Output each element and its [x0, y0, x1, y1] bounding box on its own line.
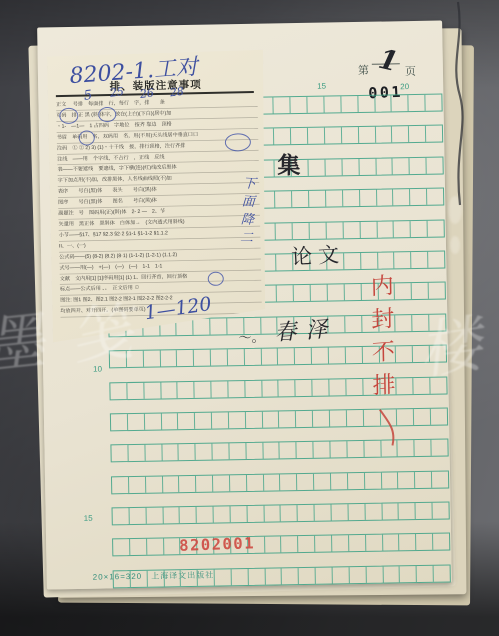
grid-cell	[349, 535, 366, 551]
serial-number-stamp: 8202001	[179, 534, 255, 555]
grid-cell	[366, 535, 383, 551]
concrete-crack	[428, 0, 498, 210]
grid-cell	[297, 442, 314, 458]
grid-cell	[144, 382, 161, 398]
grid-cell	[308, 97, 325, 113]
grid-cell	[345, 316, 362, 332]
grid-cell	[393, 189, 410, 205]
grid-cell	[262, 380, 279, 396]
grid-cell	[325, 128, 342, 144]
grid-cell	[347, 441, 364, 457]
grid-cell	[395, 283, 412, 299]
grid-cell	[393, 158, 410, 174]
grid-cell	[193, 318, 210, 334]
grid-cell	[179, 476, 196, 492]
grid-cell	[341, 96, 358, 112]
grid-cell	[432, 471, 448, 487]
grid-cell	[213, 475, 230, 491]
grid-cell	[274, 129, 291, 145]
grid-cell	[342, 127, 359, 143]
grid-cell	[111, 414, 128, 430]
grid-cell	[413, 346, 430, 362]
grid-cell	[113, 540, 130, 556]
grid-cell	[146, 476, 163, 492]
slip-form-rows: 正文 号排 每面排 行，每行 字，排 条页码 排 正 黑 (斜)体字，放在(上白…	[56, 96, 262, 318]
grid-cell	[129, 476, 146, 492]
grid-cell	[376, 158, 393, 174]
grid-cell	[331, 504, 348, 520]
typesetting-slip: 8202-1.工对 排、装版注意事项 正文 号排 每面排 行，每行 字，排 条页…	[47, 50, 269, 342]
grid-cell	[344, 284, 361, 300]
grid-cell	[195, 412, 212, 428]
pen-number-3: 26	[139, 86, 155, 101]
grid-cell	[279, 380, 296, 396]
grid-cell	[344, 253, 361, 269]
grid-cell	[313, 410, 330, 426]
photo-background: 第 1 页 001 15 20 10 15 集 论文 ～。 春泽 内封不排 82…	[0, 0, 499, 636]
column-marker-15: 15	[317, 82, 326, 91]
grid-cell	[194, 350, 211, 366]
grid-cell	[161, 413, 178, 429]
grid-cell	[261, 349, 278, 365]
grid-cell	[430, 346, 446, 362]
grid-cell	[264, 474, 281, 490]
grid-cell	[245, 380, 262, 396]
grid-cell	[383, 566, 400, 582]
grid-cell	[299, 568, 316, 584]
grid-cell	[247, 474, 264, 490]
grid-cell	[280, 474, 297, 490]
grid-cell	[381, 472, 398, 488]
grid-cell	[312, 348, 329, 364]
grid-cell	[383, 535, 400, 551]
grid-cell	[327, 222, 344, 238]
grid-cell	[265, 568, 282, 584]
grid-cell	[277, 285, 294, 301]
grid-cell	[281, 537, 298, 553]
grid-cell	[281, 505, 298, 521]
grid-cell	[196, 444, 213, 460]
row-marker-10: 10	[93, 364, 102, 373]
grid-cell	[396, 315, 413, 331]
grid-cell	[163, 507, 180, 523]
grid-cell	[314, 473, 331, 489]
grid-cell	[265, 537, 282, 553]
grid-cell	[311, 285, 328, 301]
grid-cell	[298, 505, 315, 521]
grid-cell	[325, 159, 342, 175]
grid-cell	[361, 253, 378, 269]
grid-cell	[278, 348, 295, 364]
red-flourish	[374, 407, 405, 448]
side-note-vertical: 下面降二	[235, 176, 257, 249]
grid-cell	[228, 349, 245, 365]
grid-cell	[433, 503, 449, 519]
handwritten-body-fragment: 论文	[290, 238, 345, 271]
grid-cell	[415, 440, 432, 456]
grid-cell	[230, 506, 247, 522]
pen-number-4: 28	[169, 85, 185, 100]
grid-cell	[160, 350, 177, 366]
grid-cell	[145, 413, 162, 429]
row-marker-15: 15	[84, 514, 93, 523]
grid-cell	[348, 504, 365, 520]
grid-cell	[262, 411, 279, 427]
grid-cell	[377, 221, 394, 237]
grid-cell	[297, 473, 314, 489]
grid-cell	[333, 567, 350, 583]
grid-cell	[358, 96, 375, 112]
grid-cell	[392, 95, 409, 111]
grid-cell	[412, 283, 429, 299]
grid-cell	[433, 534, 449, 550]
grid-cell	[211, 349, 228, 365]
grid-cell	[414, 409, 431, 425]
grid-cell	[294, 285, 311, 301]
grid-cell	[229, 443, 246, 459]
grid-cell	[161, 382, 178, 398]
grid-cell	[342, 159, 359, 175]
grid-cell	[312, 379, 329, 395]
grid-cell	[180, 507, 197, 523]
page-number-prefix: 第	[358, 62, 370, 78]
grid-cell	[329, 347, 346, 363]
grid-cell	[359, 127, 376, 143]
grid-cell	[177, 350, 194, 366]
grid-cell	[330, 442, 347, 458]
grid-cell	[375, 127, 392, 143]
grid-cell	[310, 222, 327, 238]
grid-cell	[343, 222, 360, 238]
grid-cell	[413, 377, 430, 393]
grid-cell	[212, 444, 229, 460]
grid-cell	[431, 440, 447, 456]
grid-cell	[315, 505, 332, 521]
grid-cell	[366, 566, 383, 582]
grid-cell	[276, 223, 293, 239]
grid-cell	[309, 159, 326, 175]
grid-cell	[296, 379, 313, 395]
grid-cell	[308, 128, 325, 144]
grid-cell	[196, 475, 213, 491]
grid-cell	[430, 377, 446, 393]
grid-cell	[246, 443, 263, 459]
grid-cell	[309, 191, 326, 207]
grid-cell	[399, 535, 416, 551]
grid-cell	[377, 190, 394, 206]
grid-cell	[280, 442, 297, 458]
grid-cell	[195, 381, 212, 397]
grid-cell	[291, 97, 308, 113]
grid-cell	[331, 473, 348, 489]
grid-cell	[431, 408, 447, 424]
grid-cell	[315, 536, 332, 552]
grid-cell	[274, 97, 291, 113]
grid-cell	[410, 158, 427, 174]
grid-cell	[127, 382, 144, 398]
grid-cell	[409, 95, 426, 111]
grid-cell	[314, 442, 331, 458]
grid-cell	[428, 220, 444, 236]
grid-cell	[382, 503, 399, 519]
grid-cell	[332, 536, 349, 552]
grid-cell	[343, 190, 360, 206]
grid-cell	[359, 158, 376, 174]
grid-cell	[295, 348, 312, 364]
grid-cell	[145, 445, 162, 461]
grid-cell	[429, 283, 445, 299]
grid-cell	[360, 190, 377, 206]
grid-cell	[392, 126, 409, 142]
grid-cell	[291, 128, 308, 144]
grid-row	[112, 533, 450, 557]
grid-cell	[247, 506, 264, 522]
grid-cell	[179, 444, 196, 460]
grid-cell	[275, 191, 292, 207]
grid-cell	[416, 534, 433, 550]
grid-cell	[412, 315, 429, 331]
grid-cell	[330, 410, 347, 426]
grid-cell	[112, 477, 129, 493]
grid-cell	[346, 378, 363, 394]
grid-cell	[429, 314, 445, 330]
grid-cell	[143, 351, 160, 367]
grid-cell	[394, 252, 411, 268]
handwritten-title-fragment: 集	[277, 147, 301, 180]
page-number-suffix: 页	[405, 63, 417, 79]
grid-cell	[210, 318, 227, 334]
grid-cell	[398, 472, 415, 488]
grid-cell	[324, 96, 341, 112]
grid-cell	[212, 412, 229, 428]
grid-cell	[279, 411, 296, 427]
grid-cell	[329, 379, 346, 395]
grid-cell	[397, 378, 414, 394]
grid-cell	[326, 190, 343, 206]
grid-cell	[110, 383, 127, 399]
grid-cell	[434, 565, 450, 581]
grid-cell	[147, 539, 164, 555]
handwritten-name: 春泽	[273, 312, 337, 347]
grid-cell	[292, 191, 309, 207]
grid-cell	[130, 539, 147, 555]
grid-cell	[127, 351, 144, 367]
grid-cell	[365, 472, 382, 488]
grid-cell	[245, 349, 262, 365]
grid-cell	[178, 413, 195, 429]
grid-cell	[246, 412, 263, 428]
grid-cell	[282, 568, 299, 584]
grid-cell	[375, 95, 392, 111]
paper-scuff	[450, 236, 460, 254]
grid-cell	[409, 126, 426, 142]
grid-cell	[411, 220, 428, 236]
grid-cell	[399, 503, 416, 519]
handwritten-page-number: 1	[376, 44, 401, 78]
grid-cell	[215, 569, 232, 585]
grid-cell	[111, 445, 128, 461]
grid-cell	[378, 252, 395, 268]
grid-cell	[146, 508, 163, 524]
grid-cell	[400, 566, 417, 582]
grid-cell	[417, 566, 434, 582]
grid-cell	[293, 222, 310, 238]
grid-cell	[396, 346, 413, 362]
grid-cell	[248, 569, 265, 585]
grid-cell	[296, 411, 313, 427]
grid-cell	[347, 410, 364, 426]
grid-cell	[197, 507, 214, 523]
grid-cell	[214, 506, 231, 522]
grid-cell	[428, 251, 444, 267]
column-marker-20: 20	[400, 82, 409, 91]
pen-number-1: 5	[83, 88, 93, 104]
grid-cell	[411, 252, 428, 268]
grid-cell	[346, 347, 363, 363]
grid-cell	[264, 505, 281, 521]
grid-cell	[316, 567, 333, 583]
page-footer: 20×16=320 上海译文出版社	[93, 570, 215, 583]
grid-cell	[128, 414, 145, 430]
grid-cell	[129, 508, 146, 524]
grid-cell	[410, 189, 427, 205]
grid-cell	[348, 473, 365, 489]
grid-cell	[328, 285, 345, 301]
pen-number-2: 25	[109, 85, 125, 100]
grid-cell	[416, 503, 433, 519]
grid-cell	[229, 412, 246, 428]
grid-row	[111, 470, 449, 494]
grid-cell	[349, 567, 366, 583]
grid-cell	[394, 221, 411, 237]
grid-cell	[263, 443, 280, 459]
grid-cell	[211, 381, 228, 397]
grid-cell	[162, 444, 179, 460]
grid-cell	[178, 381, 195, 397]
grid-cell	[228, 381, 245, 397]
grid-cell	[113, 508, 130, 524]
grid-row	[112, 502, 450, 526]
grid-cell	[415, 471, 432, 487]
grid-cell	[298, 536, 315, 552]
grid-cell	[232, 569, 249, 585]
red-note-vertical: 内封不排	[363, 272, 398, 406]
grid-cell	[163, 476, 180, 492]
grid-cell	[360, 221, 377, 237]
grid-cell	[110, 351, 127, 367]
handwritten-name-lead: ～。	[238, 327, 264, 346]
grid-cell	[128, 445, 145, 461]
grid-cell	[365, 504, 382, 520]
grid-cell	[230, 475, 247, 491]
